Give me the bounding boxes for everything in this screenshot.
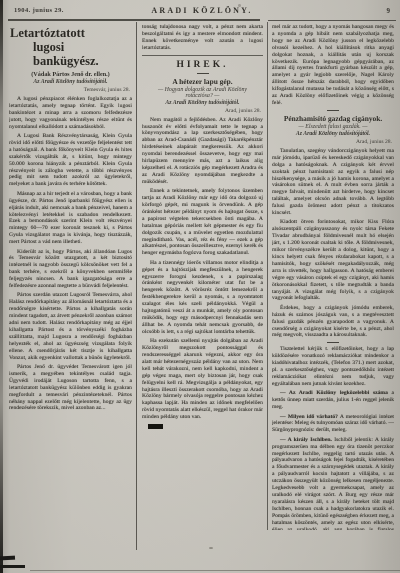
body-paragraph: Ha a tizennégy lóerős villamos motor eli… [142,260,263,336]
body-paragraph: Ennek a tekintetnek, amely folytonos üze… [142,188,263,257]
body-paragraph: Pártos Jenő dr. ügyvédet Temesvárott ige… [9,364,132,412]
article-body: A lugosi pénzpiacot élénken foglalkoztat… [9,96,132,412]
column-left: Letartóztatott lugosi bankügyész. (Vádak… [9,24,132,551]
article-dateline: Arad, junius 28. [142,108,261,114]
notice-text: Tisztelettel kérjük t. előfizetőinket, h… [272,346,394,387]
article-subtitle: — Elszedett falusi gazdák. — [276,124,390,130]
article-headline: Letartóztatott lugosi bankügyész. [9,26,132,68]
column-divider-1 [136,22,137,550]
notices-list: Tisztelettel kérjük t. előfizetőinket, h… [272,346,394,530]
column-right: mel már az tudott, hogy a nyomás hangosa… [272,24,394,530]
body-paragraph: tonság tulajdonosa nagy volt, a pénzt ne… [142,24,263,52]
ink-signature-mark [148,424,163,429]
article-byline: Az Aradi Közlöny tudósítójától. [142,100,263,106]
notice-item: Tisztelettel kérjük t. előfizetőinket, h… [272,346,394,387]
article-subtitle: (Vádak Pártos Jenő dr. ellen.) [9,71,132,78]
scan-bottom-line [30,570,400,571]
body-paragraph: A lugosi pénzpiacot élénken foglalkoztat… [9,96,132,131]
dash-divider [327,342,339,343]
page-number: 9 [387,7,391,15]
notice-text: Ischlből jelentik: A király programszerü… [272,437,394,530]
header-rule-left [8,19,260,21]
article-body: Nem magától a fejlődésben. Az Aradi Közl… [142,117,263,421]
notice-item: — Az Aradi Közlöny legközelebbi száma a … [272,390,394,411]
header-rule-right [268,20,396,22]
notice-item: — Milyen idő várható? A meteorológiai in… [272,414,394,435]
ink-smudge [0,565,25,568]
notice-item: — A király Ischlben. Ischlből jelentik: … [272,437,394,530]
body-paragraph: Ha ezekután szellemi nyujtás dolgában az… [142,338,263,421]
scan-edge-artifact [0,0,3,573]
body-paragraph: Tanulatlan, szegény vándorczigányok hely… [272,148,394,217]
paper-speck [238,4,241,7]
article-dateline: Temesvár, junius 28. [9,87,130,93]
continuation-text: tonság tulajdonosa nagy volt, a pénzt ne… [142,24,263,52]
notice-lead: — Az Aradi Közlöny legközelebbi száma [280,390,388,396]
column-middle: tonság tulajdonosa nagy volt, a pénzt ne… [142,24,263,551]
dash-divider [197,73,209,74]
body-paragraph: Kiderült az is, hogy Pártos, aki állandó… [9,249,132,290]
ink-smudge [0,556,15,561]
body-paragraph: Pártos szerdán utazott Lugosról Temesvár… [9,292,132,361]
column-divider-2 [267,22,268,530]
body-paragraph: Érdekes, hogy a czigányok jómódu emberek… [272,305,394,340]
article-body: Tanulatlan, szegény vándorczigányok hely… [272,148,394,339]
body-paragraph: Másnap az a hir terjedt el a városban, h… [9,191,132,246]
masthead: ARADI KÖZLÖNY. [10,6,394,15]
article-title: A hétezer lapu gép. [142,77,263,86]
body-paragraph: Kiadott ötven forintosokat, mikor Kiss F… [272,219,394,302]
article-byline: Az Aradi Közlöny tudósítójától. [272,131,394,137]
body-paragraph: A Lugosi Bank Részvénytársaság, Klein Gy… [9,133,132,188]
notice-lead: — Milyen idő várható? [280,414,338,420]
dash-divider [327,110,339,111]
article-dateline: Arad, junius 28. [272,139,392,145]
notice-lead: — A király Ischlben. [280,437,332,443]
article-byline: Az Aradi Közlöny tudósítójától. [9,79,132,85]
article-title: Pénzhamisító gazdag cigányok. [272,114,394,123]
body-paragraph: mel már az tudott, hogy a nyomás hangosa… [272,24,394,107]
headline-line-2: lugosi bankügyész. [33,40,132,68]
headline-line-1: Letartóztatott [10,26,132,40]
paper-speck [209,547,213,549]
page-header: 1904. junius 29. ARADI KÖZLÖNY. 9 [10,6,394,18]
continuation-text: mel már az tudott, hogy a nyomás hangosa… [272,24,394,107]
article-subtitle: — Hogyan dolgozik az Aradi Közlöny rotác… [146,87,259,99]
body-paragraph: Nem magától a fejlődésben. Az Aradi Közl… [142,117,263,186]
news-section-header: HIREK. [142,60,263,70]
section-rule [142,55,263,56]
